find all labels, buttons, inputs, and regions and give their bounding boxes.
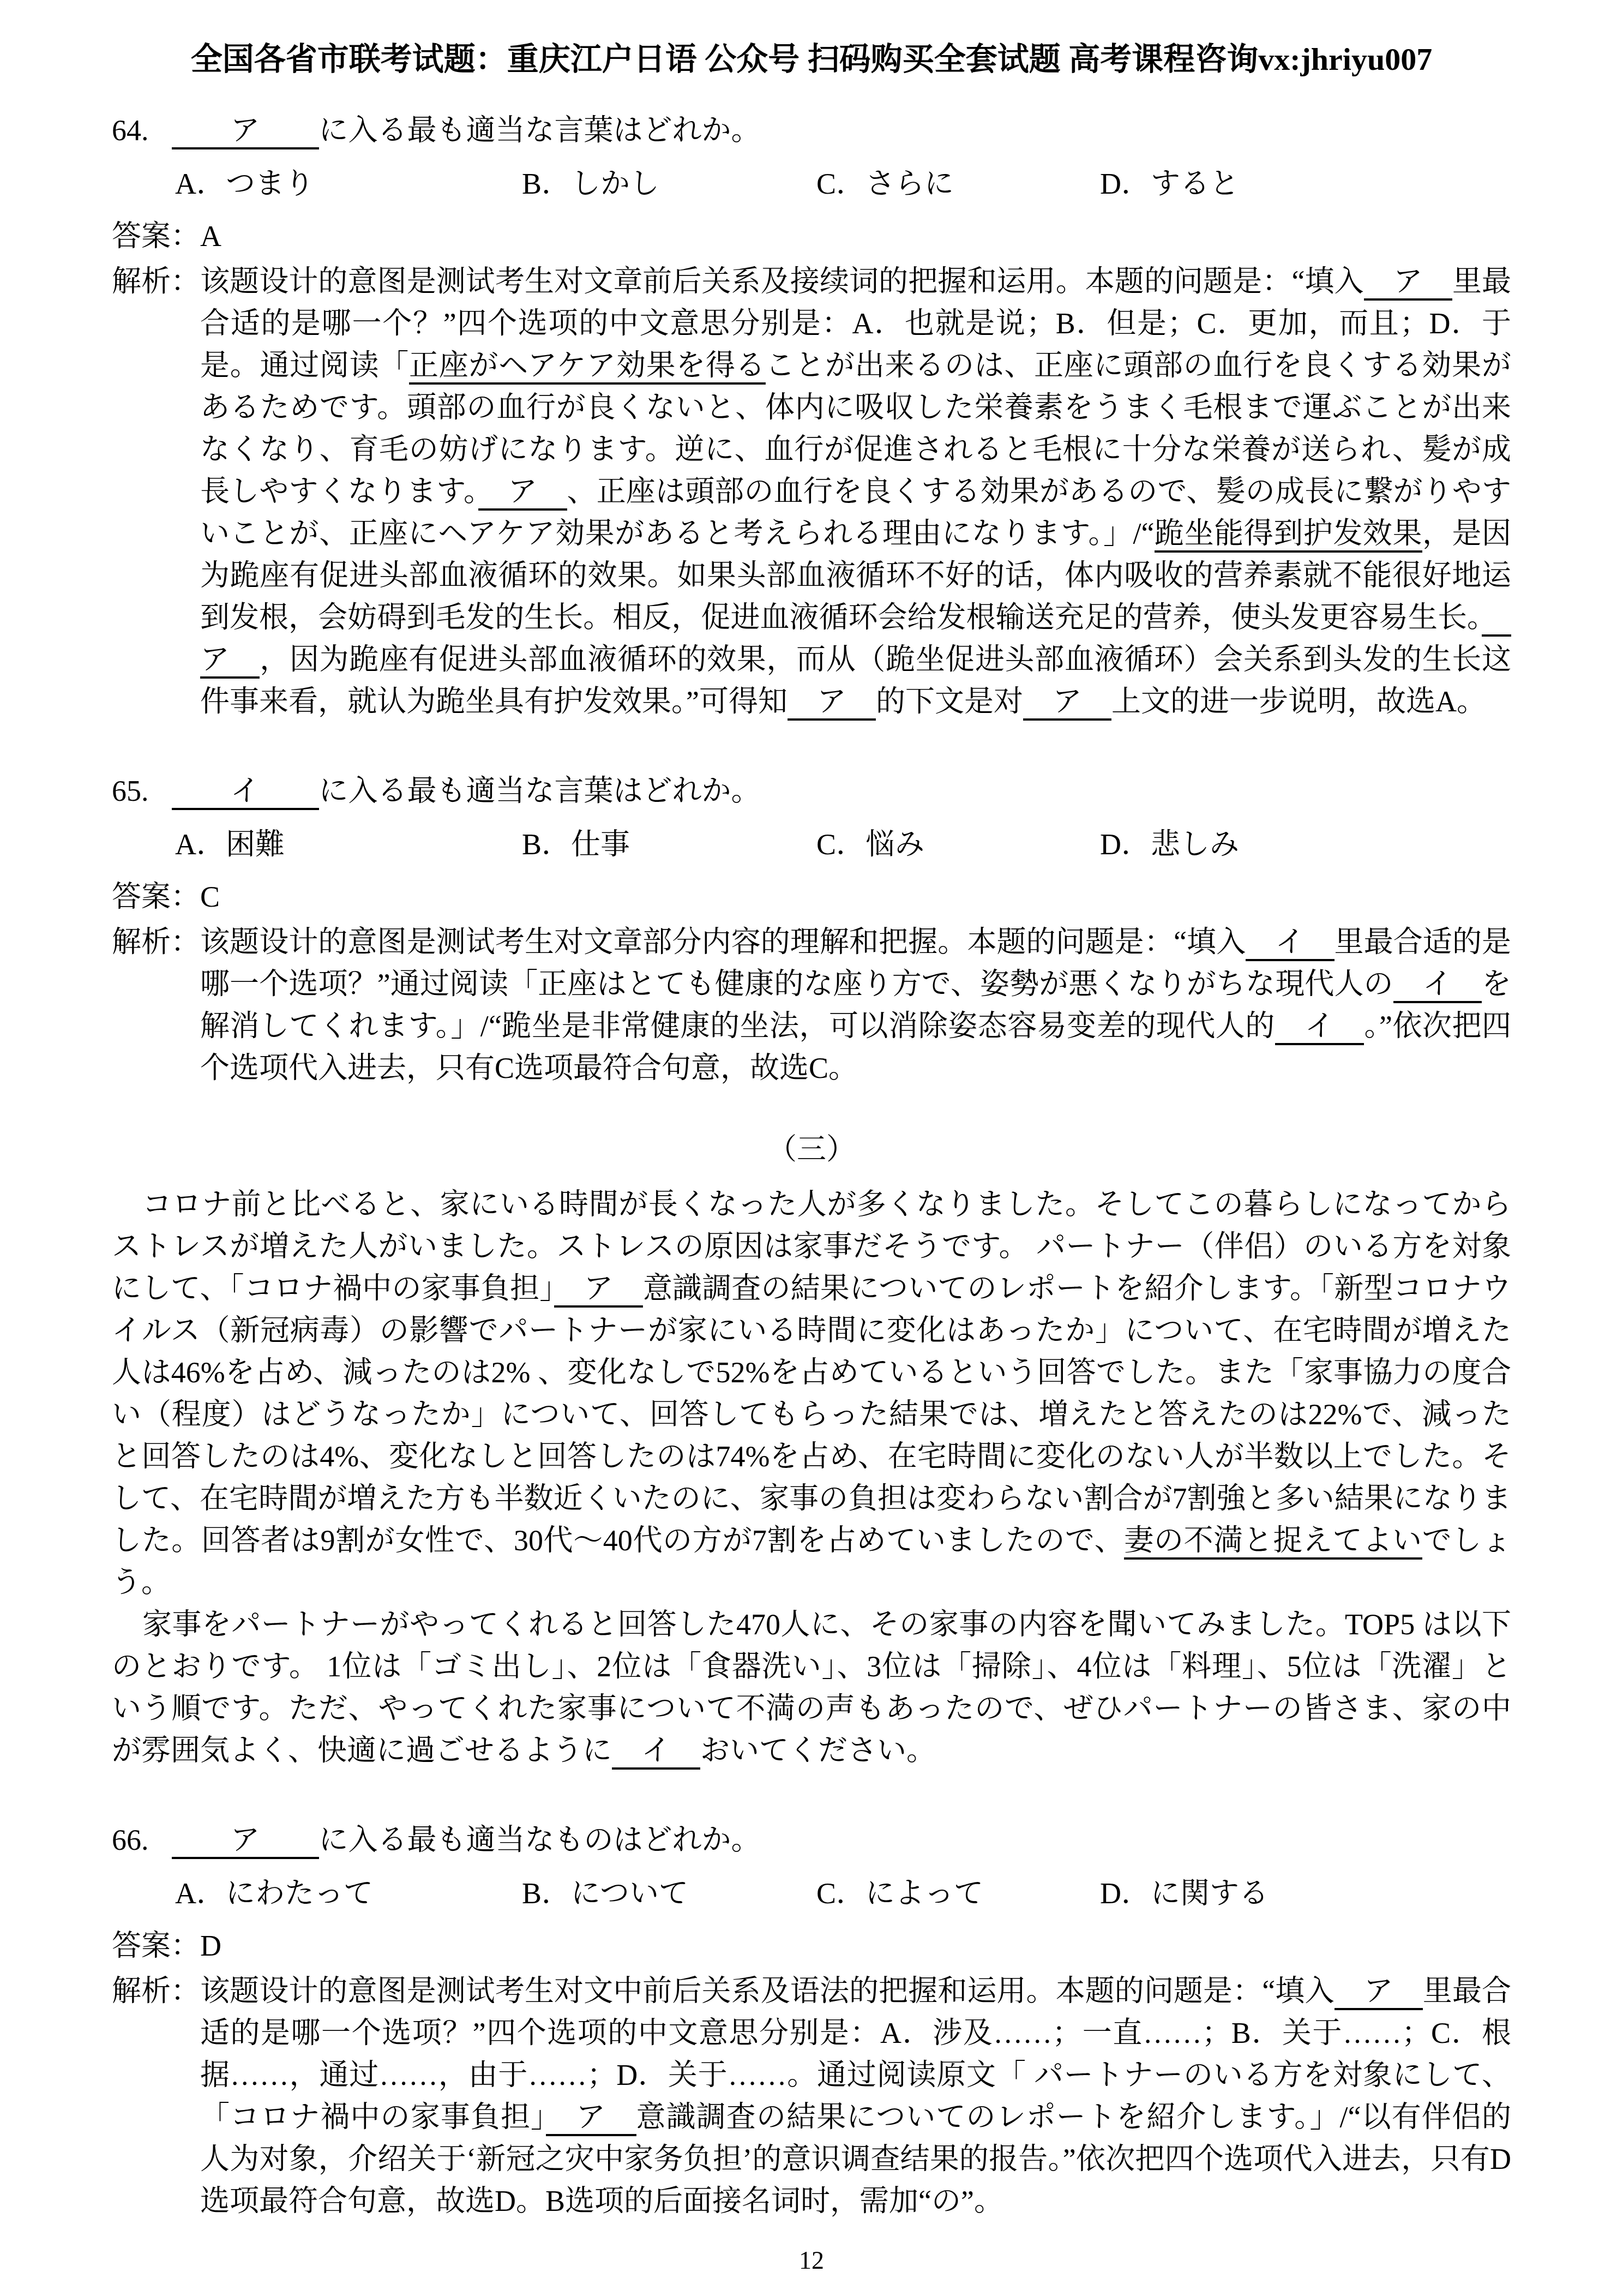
- question-65: 65. イ に入る最も適当な言葉はどれか。 A．困難 B．仕事 C．悩み D．悲…: [112, 770, 1511, 1089]
- q64-option-b: B．しかし: [522, 163, 816, 205]
- text-segment: に入る最も適当な言葉はどれか。: [319, 775, 761, 807]
- q64-number: 64.: [112, 114, 149, 147]
- q66-answer-label: 答案：: [112, 1929, 200, 1962]
- q64-analysis-text: 该题设计的意图是测试考生对文章前后关系及接续词的把握和运用。本题的问题是：“填入…: [200, 261, 1511, 723]
- question-66: 66. ア に入る最も適当なものはどれか。 A．にわたって B．について C．に…: [112, 1819, 1511, 2222]
- q65-answer-label: 答案：: [112, 880, 200, 913]
- q64-title-text: ア に入る最も適当な言葉はどれか。: [172, 114, 761, 149]
- q66-title: 66. ア に入る最も適当なものはどれか。: [112, 1819, 1511, 1861]
- header-banner: 全国各省市联考试题：重庆江户日语 公众号 扫码购买全套试题 高考课程咨询vx:j…: [112, 41, 1511, 77]
- underlined-text-segment: ア: [172, 114, 319, 149]
- page-number: 12: [112, 2246, 1511, 2275]
- underlined-text-segment: ア: [554, 1272, 642, 1308]
- underlined-text-segment: イ: [1393, 968, 1482, 1003]
- text-segment: 的下文是对: [876, 685, 1023, 718]
- q66-analysis-row: 解析： 该题设计的意图是测试考生对文中前后关系及语法的把握和运用。本题的问题是：…: [112, 1970, 1511, 2222]
- q66-answer-row: 答案：D: [112, 1925, 1511, 1967]
- underlined-text-segment: ア: [1364, 265, 1452, 301]
- text-segment: 该题设计的意图是测试考生对文章前后关系及接续词的把握和运用。本题的问题是：“填入: [200, 265, 1364, 298]
- text-segment: 该题设计的意图是测试考生对文章部分内容的理解和把握。本题的问题是：“填入: [200, 926, 1246, 958]
- q65-analysis-label: 解析：: [112, 921, 200, 963]
- underlined-text-segment: イ: [172, 775, 319, 810]
- q66-analysis-label: 解析：: [112, 1970, 200, 2012]
- q65-answer-row: 答案：C: [112, 876, 1511, 918]
- q64-analysis-label: 解析：: [112, 261, 200, 303]
- underlined-text-segment: イ: [612, 1734, 700, 1770]
- q64-option-a: A．つまり: [175, 163, 522, 205]
- q66-option-d: D．に関する: [1100, 1872, 1511, 1915]
- text-segment: に入る最も適当な言葉はどれか。: [319, 114, 761, 147]
- underlined-text-segment: ア: [1335, 1975, 1423, 2010]
- q66-option-b: B．について: [522, 1872, 816, 1915]
- q64-option-c: C．さらに: [816, 163, 1100, 205]
- q65-analysis-row: 解析： 该题设计的意图是测试考生对文章部分内容的理解和把握。本题的问题是：“填入…: [112, 921, 1511, 1089]
- underlined-text-segment: ア: [478, 475, 567, 511]
- exam-page: 全国各省市联考试题：重庆江户日语 公众号 扫码购买全套试题 高考课程咨询vx:j…: [0, 0, 1623, 2296]
- q64-options: A．つまり B．しかし C．さらに D．すると: [112, 163, 1511, 205]
- q66-options: A．にわたって B．について C．によって D．に関する: [112, 1872, 1511, 1915]
- q64-answer-row: 答案：A: [112, 215, 1511, 257]
- q66-title-text: ア に入る最も適当なものはどれか。: [172, 1824, 761, 1859]
- underlined-text-segment: 妻の不満と捉えてよい: [1124, 1524, 1422, 1560]
- underlined-text-segment: イ: [1246, 926, 1334, 961]
- q66-number: 66.: [112, 1824, 149, 1856]
- text-segment: に入る最も適当なものはどれか。: [319, 1824, 761, 1856]
- q65-title-text: イ に入る最も適当な言葉はどれか。: [172, 775, 761, 810]
- q65-number: 65.: [112, 775, 149, 807]
- q65-option-a: A．困難: [175, 823, 522, 866]
- q65-option-b: B．仕事: [522, 823, 816, 866]
- q66-option-c: C．によって: [816, 1872, 1100, 1915]
- passage-paragraph-1: コロナ前と比べると、家にいる時間が長くなった人が多くなりました。そしてこの暮らし…: [112, 1184, 1511, 1604]
- underlined-text-segment: 跪坐能得到护发效果: [1155, 517, 1422, 553]
- q64-analysis-row: 解析： 该题设计的意图是测试考生对文章前后关系及接续词的把握和运用。本题的问题是…: [112, 261, 1511, 723]
- underlined-text-segment: ア: [172, 1824, 319, 1859]
- q65-answer-value: C: [200, 880, 220, 913]
- underlined-text-segment: 正座がヘアケア効果を得る: [409, 349, 765, 385]
- text-segment: 上文的进一步说明，故选A。: [1111, 685, 1486, 718]
- q64-answer-value: A: [200, 220, 221, 253]
- q66-option-a: A．にわたって: [175, 1872, 522, 1915]
- underlined-text-segment: イ: [1275, 1010, 1364, 1045]
- q66-analysis-text: 该题设计的意图是测试考生对文中前后关系及语法的把握和运用。本题的问题是：“填入 …: [200, 1970, 1511, 2222]
- question-64: 64. ア に入る最も適当な言葉はどれか。 A．つまり B．しかし C．さらに …: [112, 109, 1511, 723]
- underlined-text-segment: ア: [546, 2101, 636, 2136]
- q65-option-c: C．悩み: [816, 823, 1100, 866]
- q64-option-d: D．すると: [1100, 163, 1511, 205]
- underlined-text-segment: ア: [788, 685, 876, 721]
- text-segment: 该题设计的意图是测试考生对文中前后关系及语法的把握和运用。本题的问题是：“填入: [200, 1975, 1335, 2007]
- q64-title: 64. ア に入る最も適当な言葉はどれか。: [112, 109, 1511, 152]
- q65-analysis-text: 该题设计的意图是测试考生对文章部分内容的理解和把握。本题的问题是：“填入 イ 里…: [200, 921, 1511, 1089]
- text-segment: 意識調査の結果についてのレポートを紹介します。「新型コロナウイルス（新冠病毒）の…: [112, 1272, 1511, 1557]
- passage-paragraph-2: 家事をパートナーがやってくれると回答した470人に、その家事の内容を聞いてみまし…: [112, 1604, 1511, 1772]
- text-segment: おいてください。: [700, 1734, 936, 1767]
- q65-option-d: D．悲しみ: [1100, 823, 1511, 866]
- q65-options: A．困難 B．仕事 C．悩み D．悲しみ: [112, 823, 1511, 866]
- section-heading: （三）: [112, 1129, 1511, 1171]
- q65-title: 65. イ に入る最も適当な言葉はどれか。: [112, 770, 1511, 812]
- q64-answer-label: 答案：: [112, 220, 200, 253]
- underlined-text-segment: ア: [1023, 685, 1111, 721]
- q66-answer-value: D: [200, 1929, 221, 1962]
